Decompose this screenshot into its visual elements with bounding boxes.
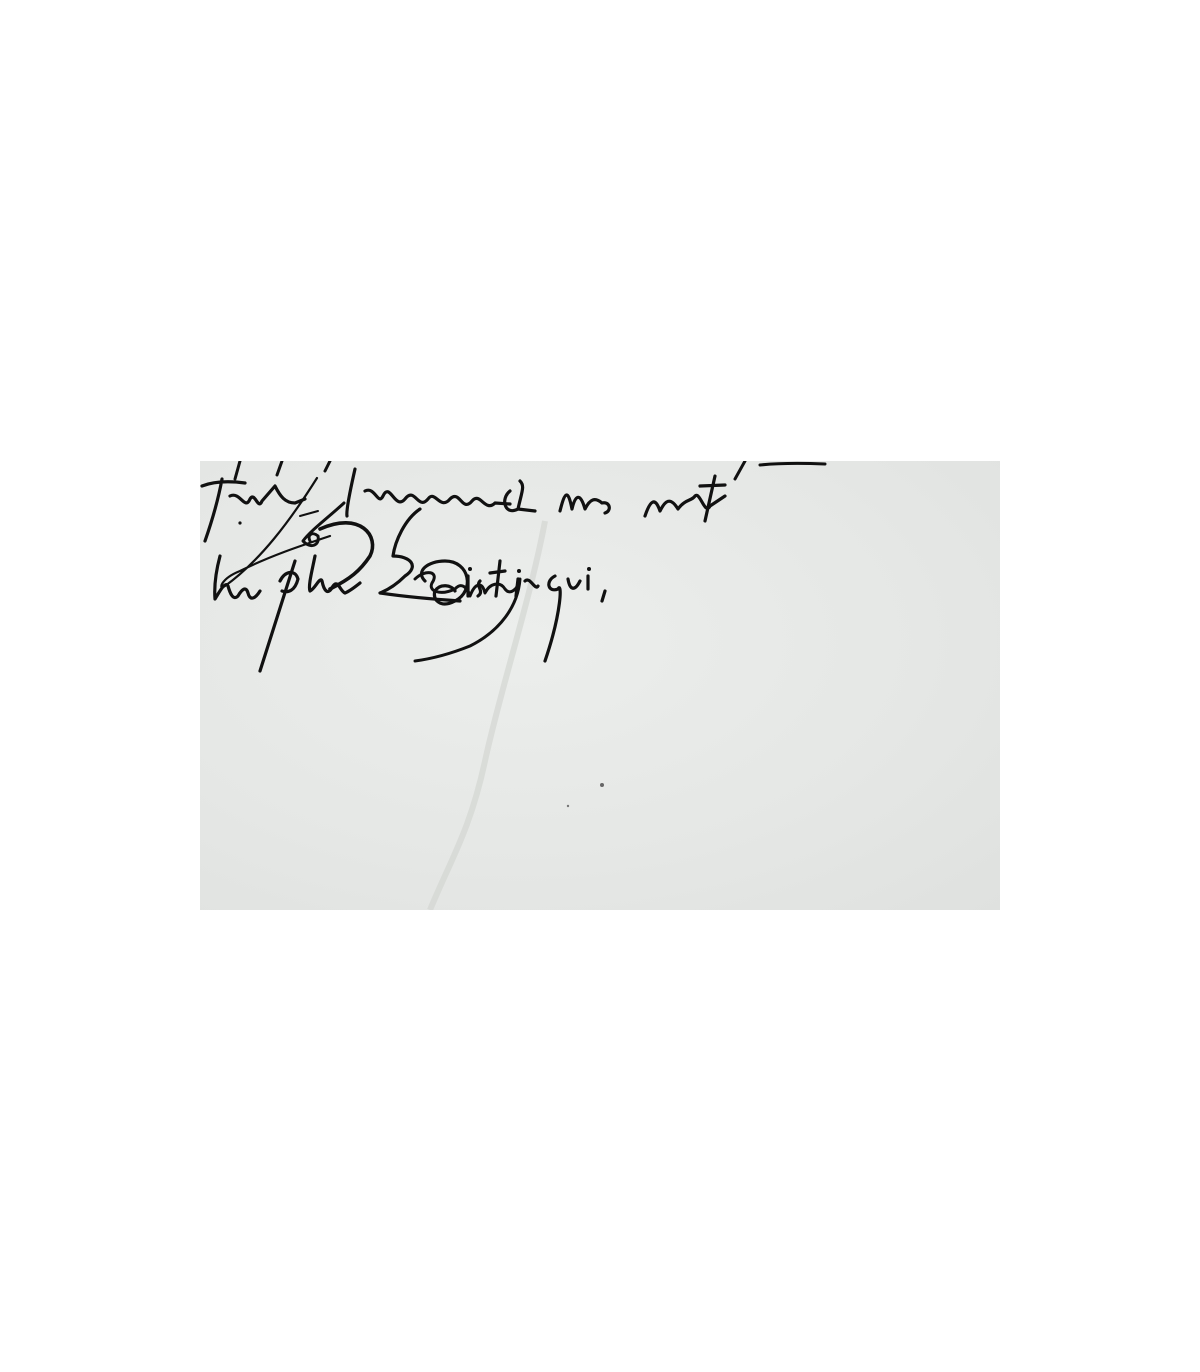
signature — [221, 478, 520, 661]
letter-photo: agréez l'assurance de mes sent[iments] l… — [200, 461, 1000, 910]
cut-off-line-strokes — [235, 461, 825, 479]
handwriting-canvas — [200, 461, 1000, 910]
ink-speck — [567, 805, 569, 807]
ink-speck — [600, 783, 604, 787]
